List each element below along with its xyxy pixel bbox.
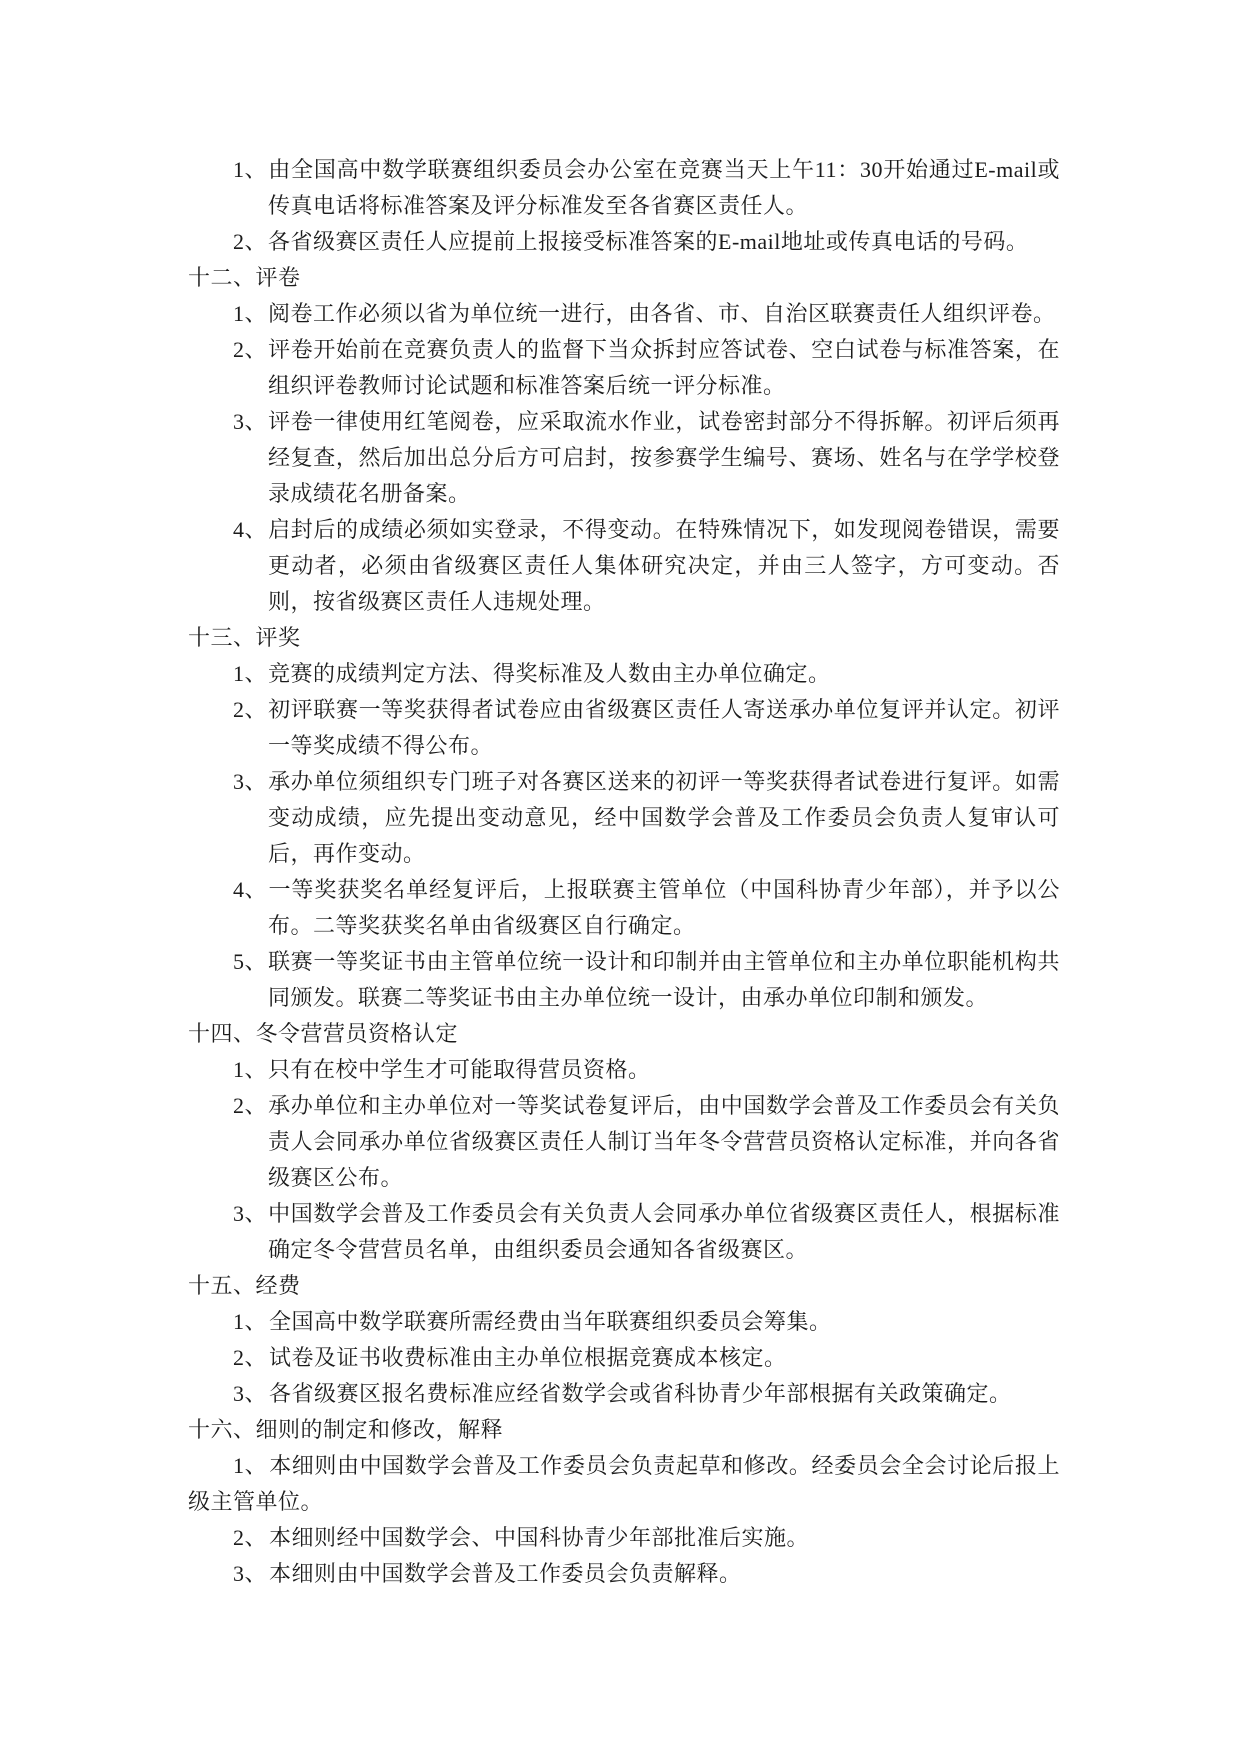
list-item: 1、由全国高中数学联赛组织委员会办公室在竞赛当天上午11：30开始通过E-mai… — [188, 152, 1060, 224]
list-item: 2、各省级赛区责任人应提前上报接受标准答案的E-mail地址或传真电话的号码。 — [188, 224, 1060, 260]
item-number: 5、 — [233, 944, 268, 980]
list-item: 3、评卷一律使用红笔阅卷，应采取流水作业，试卷密封部分不得拆解。初评后须再经复查… — [188, 404, 1060, 512]
item-number: 3、 — [233, 1381, 269, 1406]
list-item: 1、竞赛的成绩判定方法、得奖标准及人数由主办单位确定。 — [188, 656, 1060, 692]
item-text: 阅卷工作必须以省为单位统一进行，由各省、市、自治区联赛责任人组织评卷。 — [268, 301, 1056, 326]
list-item: 3、本细则由中国数学会普及工作委员会负责解释。 — [188, 1556, 1060, 1592]
item-number: 2、 — [233, 1088, 268, 1124]
list-item: 1、全国高中数学联赛所需经费由当年联赛组织委员会筹集。 — [188, 1304, 1060, 1340]
item-text: 本细则由中国数学会普及工作委员会负责起草和修改。经委员会全会讨论后报上级主管单位… — [188, 1453, 1060, 1514]
item-number: 1、 — [233, 656, 268, 692]
item-number: 3、 — [233, 1561, 269, 1586]
item-number: 3、 — [233, 764, 268, 800]
list-item: 2、本细则经中国数学会、中国科协青少年部批准后实施。 — [188, 1520, 1060, 1556]
item-text: 中国数学会普及工作委员会有关负责人会同承办单位省级赛区责任人，根据标准确定冬令营… — [268, 1201, 1060, 1262]
list-item: 3、各省级赛区报名费标准应经省数学会或省科协青少年部根据有关政策确定。 — [188, 1376, 1060, 1412]
item-number: 2、 — [233, 1345, 269, 1370]
item-number: 2、 — [233, 224, 268, 260]
item-text: 评卷一律使用红笔阅卷，应采取流水作业，试卷密封部分不得拆解。初评后须再经复查，然… — [268, 409, 1060, 506]
list-item: 2、试卷及证书收费标准由主办单位根据竞赛成本核定。 — [188, 1340, 1060, 1376]
list-item: 4、一等奖获奖名单经复评后，上报联赛主管单位（中国科协青少年部），并予以公布。二… — [188, 872, 1060, 944]
list-item: 2、初评联赛一等奖获得者试卷应由省级赛区责任人寄送承办单位复评并认定。初评一等奖… — [188, 692, 1060, 764]
section-heading: 十二、评卷 — [188, 260, 1060, 296]
item-number: 3、 — [233, 404, 268, 440]
section-heading-text: 十二、评卷 — [188, 265, 301, 290]
item-text: 各省级赛区责任人应提前上报接受标准答案的E-mail地址或传真电话的号码。 — [268, 229, 1028, 254]
document-body: 1、由全国高中数学联赛组织委员会办公室在竞赛当天上午11：30开始通过E-mai… — [188, 152, 1060, 1592]
section-heading: 十三、评奖 — [188, 620, 1060, 656]
item-text: 评卷开始前在竞赛负责人的监督下当众拆封应答试卷、空白试卷与标准答案，在组织评卷教… — [268, 337, 1060, 398]
item-number: 2、 — [233, 1525, 269, 1550]
item-number: 1、 — [233, 1309, 269, 1334]
list-item: 1、阅卷工作必须以省为单位统一进行，由各省、市、自治区联赛责任人组织评卷。 — [188, 296, 1060, 332]
item-text: 本细则由中国数学会普及工作委员会负责解释。 — [269, 1561, 742, 1586]
section-heading: 十五、经费 — [188, 1268, 1060, 1304]
list-item: 4、启封后的成绩必须如实登录，不得变动。在特殊情况下，如发现阅卷错误，需要更动者… — [188, 512, 1060, 620]
item-text: 竞赛的成绩判定方法、得奖标准及人数由主办单位确定。 — [268, 661, 831, 686]
item-text: 本细则经中国数学会、中国科协青少年部批准后实施。 — [269, 1525, 809, 1550]
list-item: 1、只有在校中学生才可能取得营员资格。 — [188, 1052, 1060, 1088]
item-text: 联赛一等奖证书由主管单位统一设计和印制并由主管单位和主办单位职能机构共同颁发。联… — [268, 949, 1060, 1010]
list-item: 2、承办单位和主办单位对一等奖试卷复评后，由中国数学会普及工作委员会有关负责人会… — [188, 1088, 1060, 1196]
item-number: 3、 — [233, 1196, 268, 1232]
item-number: 1、 — [233, 1052, 268, 1088]
item-number: 4、 — [233, 872, 268, 908]
list-item: 1、本细则由中国数学会普及工作委员会负责起草和修改。经委员会全会讨论后报上级主管… — [188, 1448, 1060, 1520]
list-item: 5、联赛一等奖证书由主管单位统一设计和印制并由主管单位和主办单位职能机构共同颁发… — [188, 944, 1060, 1016]
item-text: 各省级赛区报名费标准应经省数学会或省科协青少年部根据有关政策确定。 — [269, 1381, 1012, 1406]
item-text: 初评联赛一等奖获得者试卷应由省级赛区责任人寄送承办单位复评并认定。初评一等奖成绩… — [268, 697, 1060, 758]
list-item: 3、中国数学会普及工作委员会有关负责人会同承办单位省级赛区责任人，根据标准确定冬… — [188, 1196, 1060, 1268]
document-page: 1、由全国高中数学联赛组织委员会办公室在竞赛当天上午11：30开始通过E-mai… — [0, 0, 1241, 1754]
list-item: 2、评卷开始前在竞赛负责人的监督下当众拆封应答试卷、空白试卷与标准答案，在组织评… — [188, 332, 1060, 404]
item-number: 2、 — [233, 332, 268, 368]
item-text: 一等奖获奖名单经复评后，上报联赛主管单位（中国科协青少年部），并予以公布。二等奖… — [268, 877, 1060, 938]
section-heading-text: 十五、经费 — [188, 1273, 301, 1298]
item-text: 只有在校中学生才可能取得营员资格。 — [268, 1057, 651, 1082]
item-number: 1、 — [233, 296, 268, 332]
item-text: 试卷及证书收费标准由主办单位根据竞赛成本核定。 — [269, 1345, 787, 1370]
section-heading-text: 十六、细则的制定和修改，解释 — [188, 1417, 503, 1442]
item-number: 4、 — [233, 512, 268, 548]
item-text: 承办单位和主办单位对一等奖试卷复评后，由中国数学会普及工作委员会有关负责人会同承… — [268, 1093, 1060, 1190]
section-heading: 十四、冬令营营员资格认定 — [188, 1016, 1060, 1052]
item-text: 启封后的成绩必须如实登录，不得变动。在特殊情况下，如发现阅卷错误，需要更动者，必… — [268, 517, 1060, 614]
item-text: 全国高中数学联赛所需经费由当年联赛组织委员会筹集。 — [269, 1309, 832, 1334]
section-heading: 十六、细则的制定和修改，解释 — [188, 1412, 1060, 1448]
item-number: 1、 — [233, 1453, 269, 1478]
section-heading-text: 十三、评奖 — [188, 625, 301, 650]
item-number: 2、 — [233, 692, 268, 728]
item-number: 1、 — [233, 152, 268, 188]
item-text: 承办单位须组织专门班子对各赛区送来的初评一等奖获得者试卷进行复评。如需变动成绩，… — [268, 769, 1060, 866]
section-heading-text: 十四、冬令营营员资格认定 — [188, 1021, 458, 1046]
list-item: 3、承办单位须组织专门班子对各赛区送来的初评一等奖获得者试卷进行复评。如需变动成… — [188, 764, 1060, 872]
item-text: 由全国高中数学联赛组织委员会办公室在竞赛当天上午11：30开始通过E-mail或… — [268, 157, 1060, 218]
